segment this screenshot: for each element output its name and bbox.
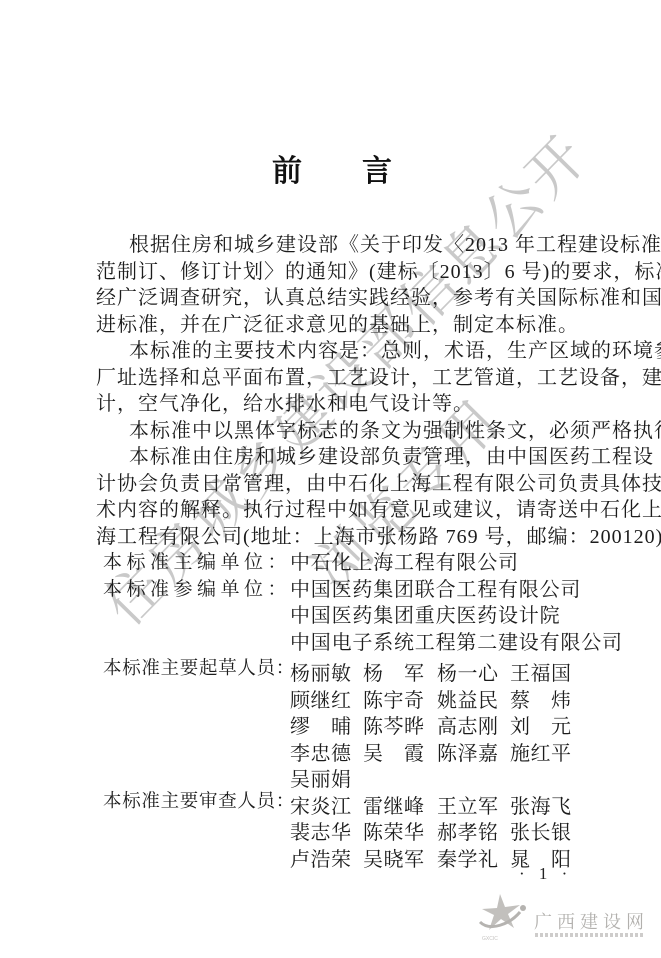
- reviewer-name: 张海飞: [510, 790, 572, 819]
- reviewers-row: 裴志华 陈荣华 郝孝铭 张长银: [290, 816, 580, 840]
- drafters-row: 杨丽敏 杨 军 杨一心 王福国: [290, 657, 580, 681]
- body-line: 进标准，并在广泛征求意见的基础上，制定本标准。: [96, 313, 576, 337]
- drafters-row: 缪 晡 陈芩晔 高志刚 刘 元: [290, 710, 580, 734]
- body-line: 根据住房和城乡建设部《关于印发〈2013 年工程建设标准规: [96, 233, 609, 257]
- reviewer-name: 郝孝铭: [437, 816, 499, 845]
- drafter-name: 吴 霞: [363, 737, 425, 766]
- body-line: 本标准由住房和城乡建设部负责管理，由中国医药工程设: [96, 445, 609, 469]
- drafter-name: 陈宇奇: [363, 684, 425, 713]
- drafter-name: 李忠德: [290, 737, 352, 766]
- drafter-name: 缪 晡: [290, 710, 352, 739]
- footer-logo-text: 广西建设网: [534, 908, 649, 934]
- drafter-name: 施红平: [510, 737, 572, 766]
- body-line: 经广泛调查研究，认真总结实践经验，参考有关国际标准和国外先: [96, 286, 576, 310]
- reviewers-label: 本标准主要审查人员：: [103, 790, 295, 814]
- star-icon: GXCIC: [476, 888, 532, 944]
- drafter-name: 王福国: [510, 657, 572, 686]
- drafter-name: 杨 军: [363, 657, 425, 686]
- drafters-row: 吴丽娟: [290, 763, 580, 787]
- drafters-row: 李忠德 吴 霞 陈泽嘉 施红平: [290, 737, 580, 761]
- drafter-name: 杨一心: [437, 657, 499, 686]
- drafter-name: 姚益民: [437, 684, 499, 713]
- drafter-name: 陈泽嘉: [437, 737, 499, 766]
- drafter-name: 顾继红: [290, 684, 352, 713]
- chief-unit-value: 中石化上海工程有限公司: [290, 551, 519, 575]
- document-page: 住房城乡建设部信息公开 浏览专用 前 言 根据住房和城乡建设部《关于印发〈201…: [0, 0, 661, 958]
- drafter-name: 吴丽娟: [290, 763, 352, 792]
- body-line: 计协会负责日常管理，由中石化上海工程有限公司负责具体技: [96, 472, 576, 496]
- drafter-name: 杨丽敏: [290, 657, 352, 686]
- reviewer-name: 卢浩荣: [290, 843, 352, 872]
- reviewer-name: 秦学礼: [437, 843, 499, 872]
- svg-text:GXCIC: GXCIC: [482, 936, 498, 942]
- participating-unit-value: 中国电子系统工程第二建设有限公司: [290, 631, 623, 655]
- footer-logo: GXCIC 广西建设网: [476, 888, 656, 950]
- participating-unit-value: 中国医药集团联合工程有限公司: [290, 578, 581, 602]
- body-line: 范制订、修订计划〉的通知》(建标〔2013〕6 号)的要求，标准编制组: [96, 260, 576, 284]
- reviewers-row: 宋炎江 雷继峰 王立军 张海飞: [290, 790, 580, 814]
- page-title: 前 言: [96, 146, 568, 190]
- participating-unit-label: 本标准参编单位：: [103, 578, 291, 602]
- logo-subtext-illegible: [535, 933, 643, 937]
- body-line: 计，空气净化，给水排水和电气设计等。: [96, 392, 576, 416]
- drafters-row: 顾继红 陈宇奇 姚益民 蔡 炜: [290, 684, 580, 708]
- drafter-name: 蔡 炜: [510, 684, 572, 713]
- body-line: 本标准的主要技术内容是：总则，术语，生产区域的环境参数，: [96, 339, 609, 363]
- reviewer-name: 雷继峰: [363, 790, 425, 819]
- reviewer-name: 宋炎江: [290, 790, 352, 819]
- body-line: 本标准中以黑体字标志的条文为强制性条文，必须严格执行。: [96, 419, 609, 443]
- body-line: 术内容的解释。执行过程中如有意见或建议，请寄送中石化上: [96, 498, 576, 522]
- drafter-name: 陈芩晔: [363, 710, 425, 739]
- body-line: 厂址选择和总平面布置，工艺设计，工艺管道，工艺设备，建筑设: [96, 366, 576, 390]
- drafter-name: 高志刚: [437, 710, 499, 739]
- chief-unit-label: 本标准主编单位：: [103, 551, 291, 575]
- reviewer-name: 吴晓军: [363, 843, 425, 872]
- page-number: · 1 ·: [519, 864, 572, 884]
- drafter-name: 刘 元: [510, 710, 572, 739]
- reviewer-name: 裴志华: [290, 816, 352, 845]
- drafters-label: 本标准主要起草人员：: [103, 657, 295, 681]
- reviewer-name: 陈荣华: [363, 816, 425, 845]
- participating-unit-value: 中国医药集团重庆医药设计院: [290, 604, 560, 628]
- reviewer-name: 张长银: [510, 816, 572, 845]
- reviewer-name: 王立军: [437, 790, 499, 819]
- body-line: 海工程有限公司(地址：上海市张杨路 769 号，邮编：200120)。: [96, 525, 576, 549]
